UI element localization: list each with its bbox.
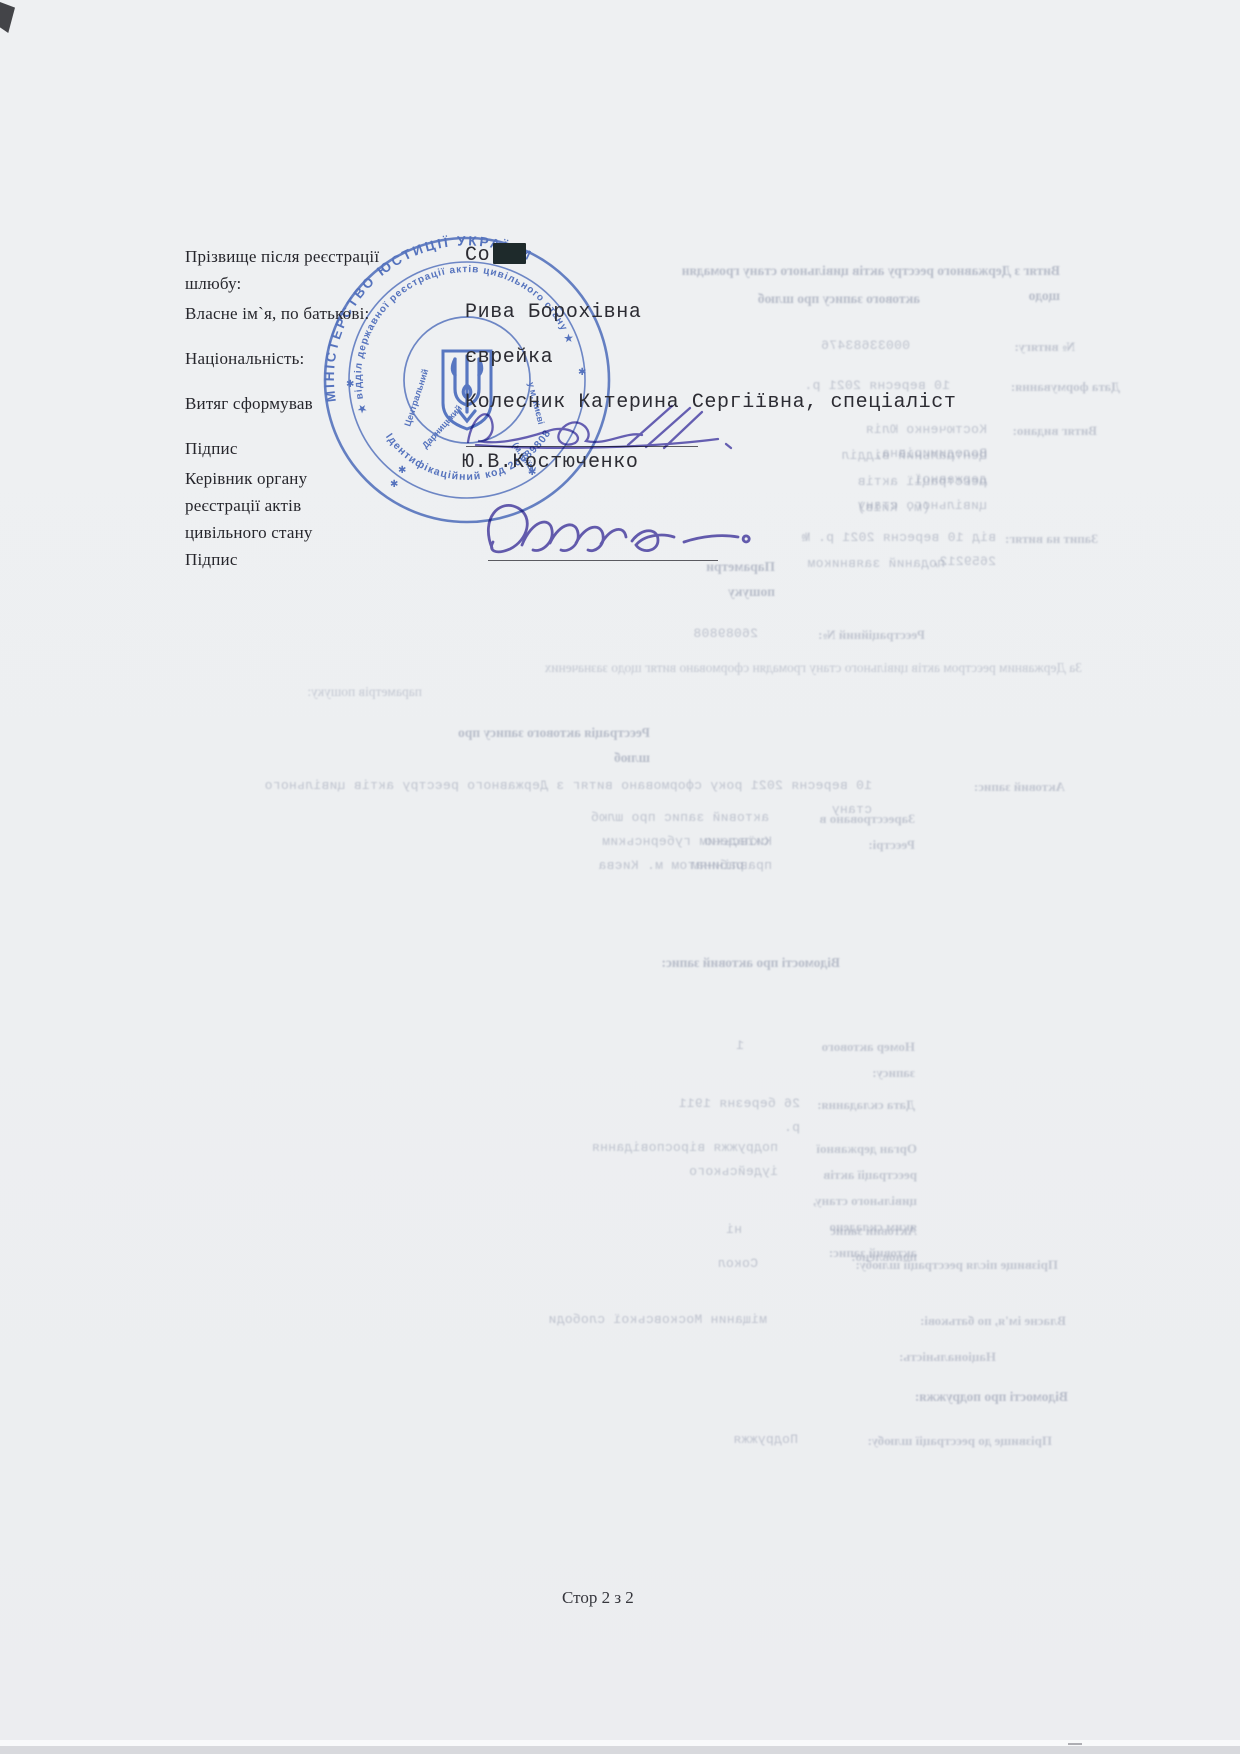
bleedthrough-line: Дата формування: [985, 374, 1120, 400]
field-label-extract-prepared-by: Витяг сформував [185, 390, 445, 417]
bleedthrough-line: Національність: [858, 1344, 996, 1370]
bleedthrough-line: Київським губернським правлінням [574, 830, 772, 878]
page-number-footer: Стор 2 з 2 [562, 1588, 634, 1608]
svg-text:✱: ✱ [346, 379, 354, 390]
field-label-surname-after-marriage: Прізвище після реєстрації шлюбу: [185, 243, 417, 297]
bleedthrough-line: Прізвище після реєстрації шлюбу: [850, 1252, 1058, 1278]
bleedthrough-line: Актовий запис: [940, 774, 1065, 800]
bleedthrough-line: Зареєстровано в Реєстрі: [790, 806, 915, 858]
bleedthrough-line: 00033683476 [800, 334, 910, 358]
svg-text:✱: ✱ [398, 465, 406, 476]
bleedthrough-line: Костюченко Юлія Володимирівна, [775, 418, 987, 466]
signature-head [470, 492, 760, 568]
bleedthrough-line: міщанин Московської слободи [505, 1308, 767, 1332]
bleedthrough-line: Відомості про актовий запис: [655, 950, 840, 975]
field-label-nationality: Національність: [185, 345, 445, 372]
field-label-signature-1: Підпис [185, 435, 445, 462]
svg-text:✱: ✱ [578, 367, 586, 378]
bleedthrough-line: 1 [722, 1034, 744, 1058]
bleedthrough-line: Прізвище до реєстрації шлюбу: [850, 1428, 1052, 1454]
scan-corner-artifact [0, 2, 15, 33]
bleedthrough-line: Дата складання: [790, 1092, 915, 1118]
bleedthrough-line: Сокол [700, 1252, 758, 1276]
field-value-nationality: єврейка [465, 347, 553, 369]
bleedthrough-line: Реєстраційний №: [800, 622, 925, 648]
bleedthrough-line: № витягу: [985, 334, 1075, 360]
field-value-registry-head-name: Ю.В.Костюченко [462, 452, 638, 474]
bleedthrough-line: Власне ім'я, по батькові: [858, 1308, 1066, 1334]
bleedthrough-line: Реєстрація актового запису про шлюб [445, 720, 650, 770]
bleedthrough-line: Відомості про подружжя: [850, 1384, 1068, 1409]
bleedthrough-line: Витяг з Державного реєстру актів цивільн… [660, 258, 1060, 308]
field-value-given-name-patronymic: Рива Борохівна [465, 302, 641, 324]
bleedthrough-line: подружжя віросповідання іудейського [560, 1136, 778, 1184]
bleedthrough-line: Подружжя [700, 1428, 798, 1452]
bleedthrough-line: реєстрації актів цивільного стану [775, 470, 987, 518]
bleedthrough-line: Орган державної реєстрації актів цивільн… [795, 1136, 917, 1266]
bleedthrough-line: За Державним реєстром актів цивільного с… [252, 656, 1082, 680]
field-label-signature-2: Підпис [185, 546, 445, 573]
bleedthrough-line: поданий заявником [795, 552, 945, 576]
bleedthrough-line: 10 вересня 2021 року сформовано витяг з … [252, 774, 872, 822]
bleedthrough-line: 26089808 [678, 622, 758, 646]
bleedthrough-line: 26 березня 1911 р. [665, 1092, 800, 1140]
bleedthrough-line: (м. Київ) [850, 496, 930, 520]
svg-text:✱: ✱ [390, 479, 398, 490]
bleedthrough-line: параметрів пошуку: [252, 680, 422, 704]
field-label-registry-head: Керівник органу реєстрації актів цивільн… [185, 465, 363, 546]
scanned-document-page: Витяг з Державного реєстру актів цивільн… [0, 0, 1240, 1754]
bleedthrough-line: актового запису про шлюб [730, 286, 920, 311]
bleedthrough-line: ні [720, 1218, 742, 1242]
redaction-box [493, 243, 526, 264]
scan-bottom-edge-dark [0, 1746, 1240, 1754]
field-value-surname-after-marriage: Со [465, 245, 490, 267]
bleedthrough-line: актовий запис про шлюб складено [574, 806, 769, 854]
bleedthrough-line: Номер актового запису: [790, 1034, 915, 1086]
bleedthrough-line: Актовий запис поновлено: [795, 1218, 917, 1270]
bleedthrough-line: Центральний відділ державної [775, 444, 987, 492]
field-label-given-name-patronymic: Власне ім`я, по батькові: [185, 300, 445, 327]
bleedthrough-line: Запит на витяг: [980, 526, 1098, 552]
signature-specialist [458, 400, 758, 452]
bleedthrough-line: рабинатом м. Києва [574, 854, 744, 878]
bleedthrough-line: від 10 вересня 2021 р. № 2659212, [778, 526, 996, 574]
scan-speck [1068, 1743, 1082, 1745]
bleedthrough-line: Витяг видано: [985, 418, 1097, 444]
